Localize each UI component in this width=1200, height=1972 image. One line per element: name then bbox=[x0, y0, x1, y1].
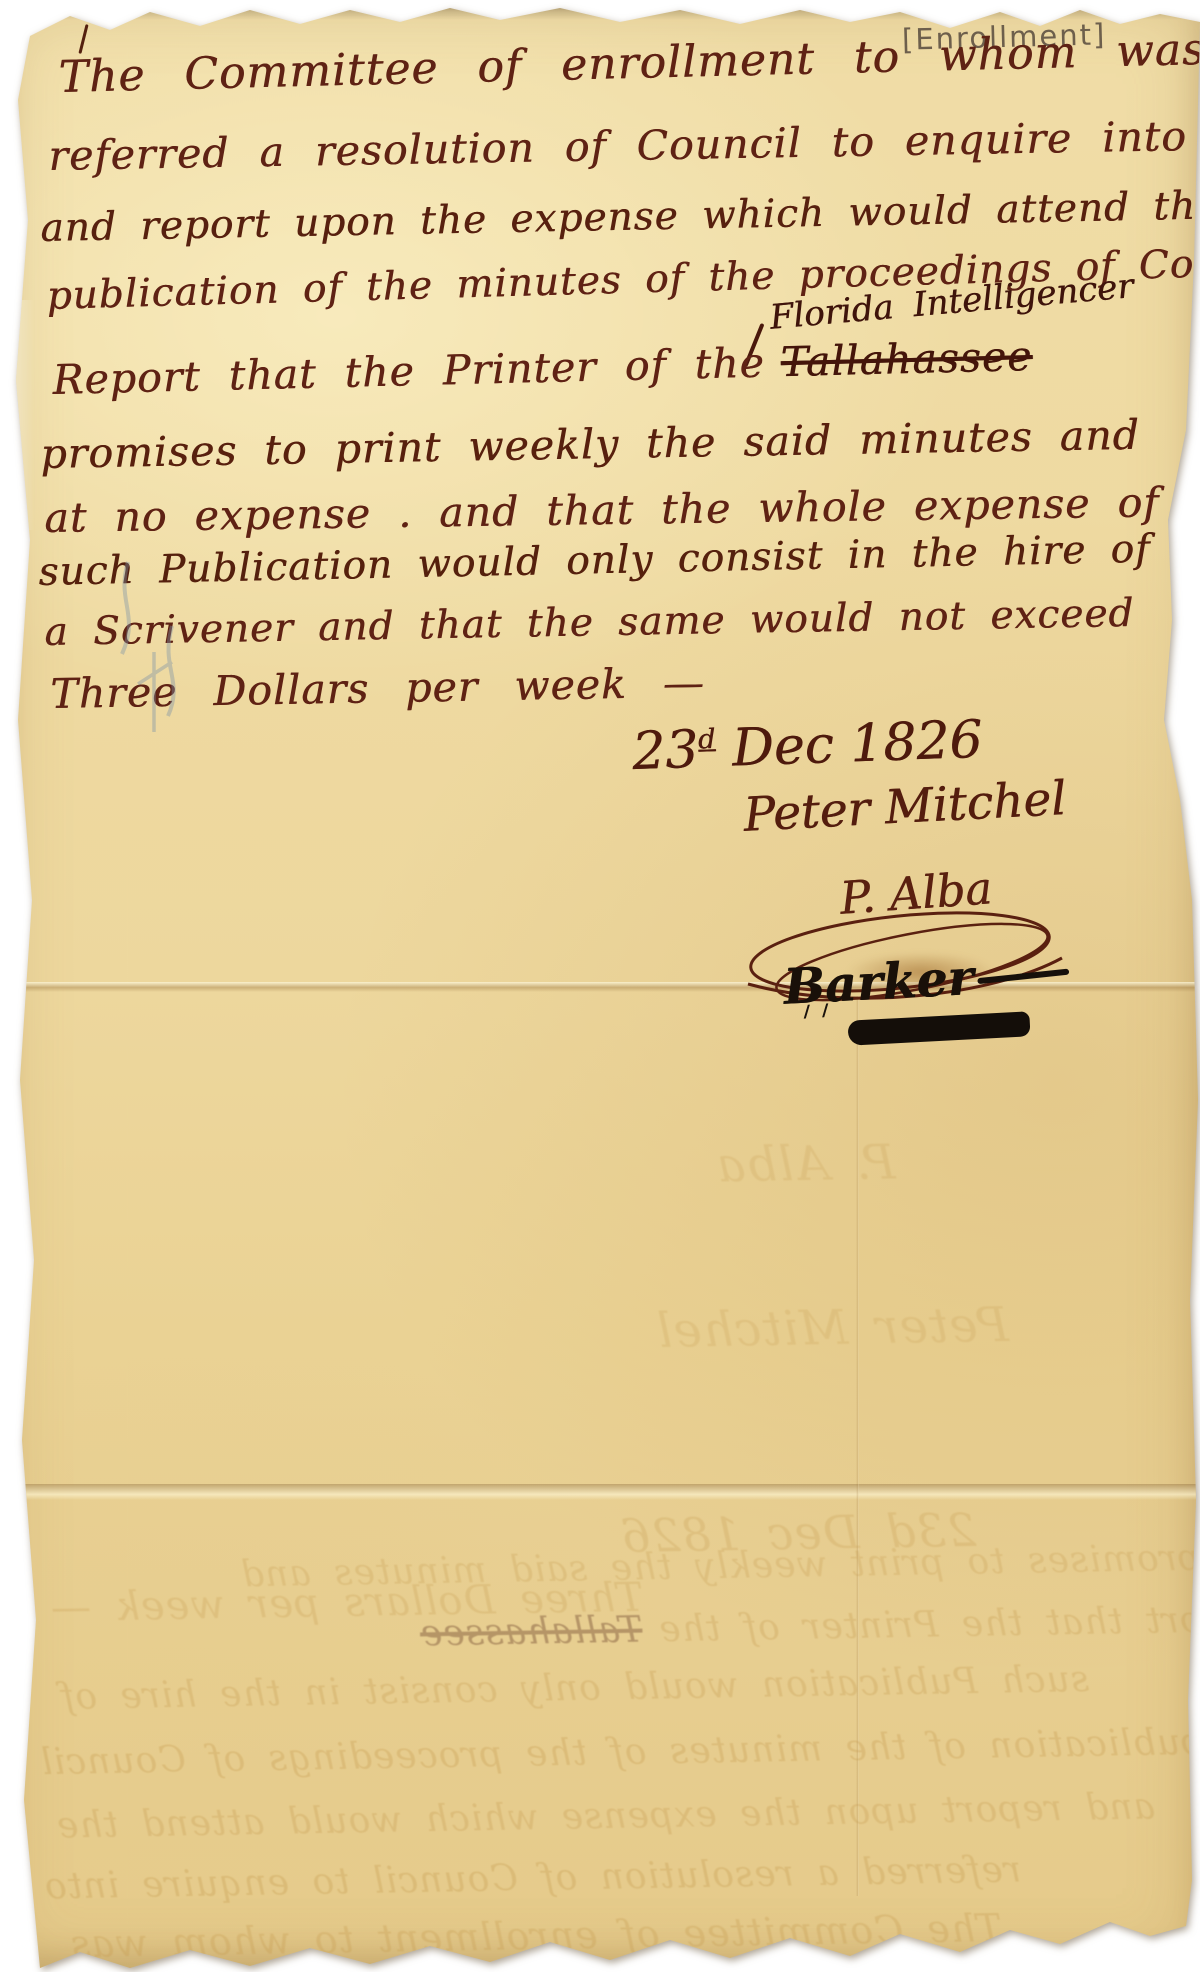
bleedthrough-line: The Committee of enrollment to whom was bbox=[70, 1906, 1002, 1966]
handwritten-line-3: and report upon the expense which would … bbox=[40, 183, 1200, 251]
bleedthrough-line: such Publication would only consist in t… bbox=[60, 1659, 1090, 1718]
handwritten-line-6: promises to print weekly the said minute… bbox=[40, 411, 1140, 478]
handwritten-line-5: Report that the Printer of theTallahasse… bbox=[52, 332, 1033, 404]
bleedthrough-line: promises to print weekly the said minute… bbox=[240, 1538, 1200, 1596]
paper-shadow-wrap: [Enrollment] The Committee of enrollment… bbox=[0, 0, 1200, 1972]
handwritten-line-1: The Committee of enrollment to whom was bbox=[58, 24, 1200, 103]
bleedthrough-struck-word: Tallahassee bbox=[420, 1610, 643, 1655]
date-line: 23d Dec 1826 bbox=[631, 710, 983, 782]
stray-pen-mark bbox=[78, 24, 88, 54]
struck-out-word: Tallahassee bbox=[780, 332, 1033, 386]
bleedthrough-line: referred a resolution of Council to enqu… bbox=[44, 1849, 1022, 1907]
bleedthrough-line-text: Report that the Printer of the bbox=[658, 1599, 1200, 1651]
bleedthrough-signature: Peter Mitchel bbox=[656, 1297, 1010, 1359]
date-ordinal: d bbox=[697, 724, 715, 756]
paper-sheet: [Enrollment] The Committee of enrollment… bbox=[0, 0, 1200, 1972]
bleedthrough-signature: P. Alba bbox=[716, 1134, 896, 1193]
scanned-document: [Enrollment] The Committee of enrollment… bbox=[0, 0, 1200, 1972]
date-month-year: Dec 1826 bbox=[731, 710, 983, 779]
signature-peter-mitchel: Peter Mitchel bbox=[742, 771, 1067, 843]
handwritten-line-2: referred a resolution of Council to enqu… bbox=[48, 112, 1187, 180]
date-day: 23 bbox=[631, 720, 699, 782]
faint-pencil-marks bbox=[88, 556, 278, 756]
line-5-text: Report that the Printer of the bbox=[52, 339, 765, 404]
bleedthrough-line: and report upon the expense which would … bbox=[56, 1786, 1156, 1846]
bleedthrough-line: publication of the minutes of the procee… bbox=[40, 1722, 1200, 1783]
fold-crease-lower bbox=[0, 1484, 1200, 1500]
